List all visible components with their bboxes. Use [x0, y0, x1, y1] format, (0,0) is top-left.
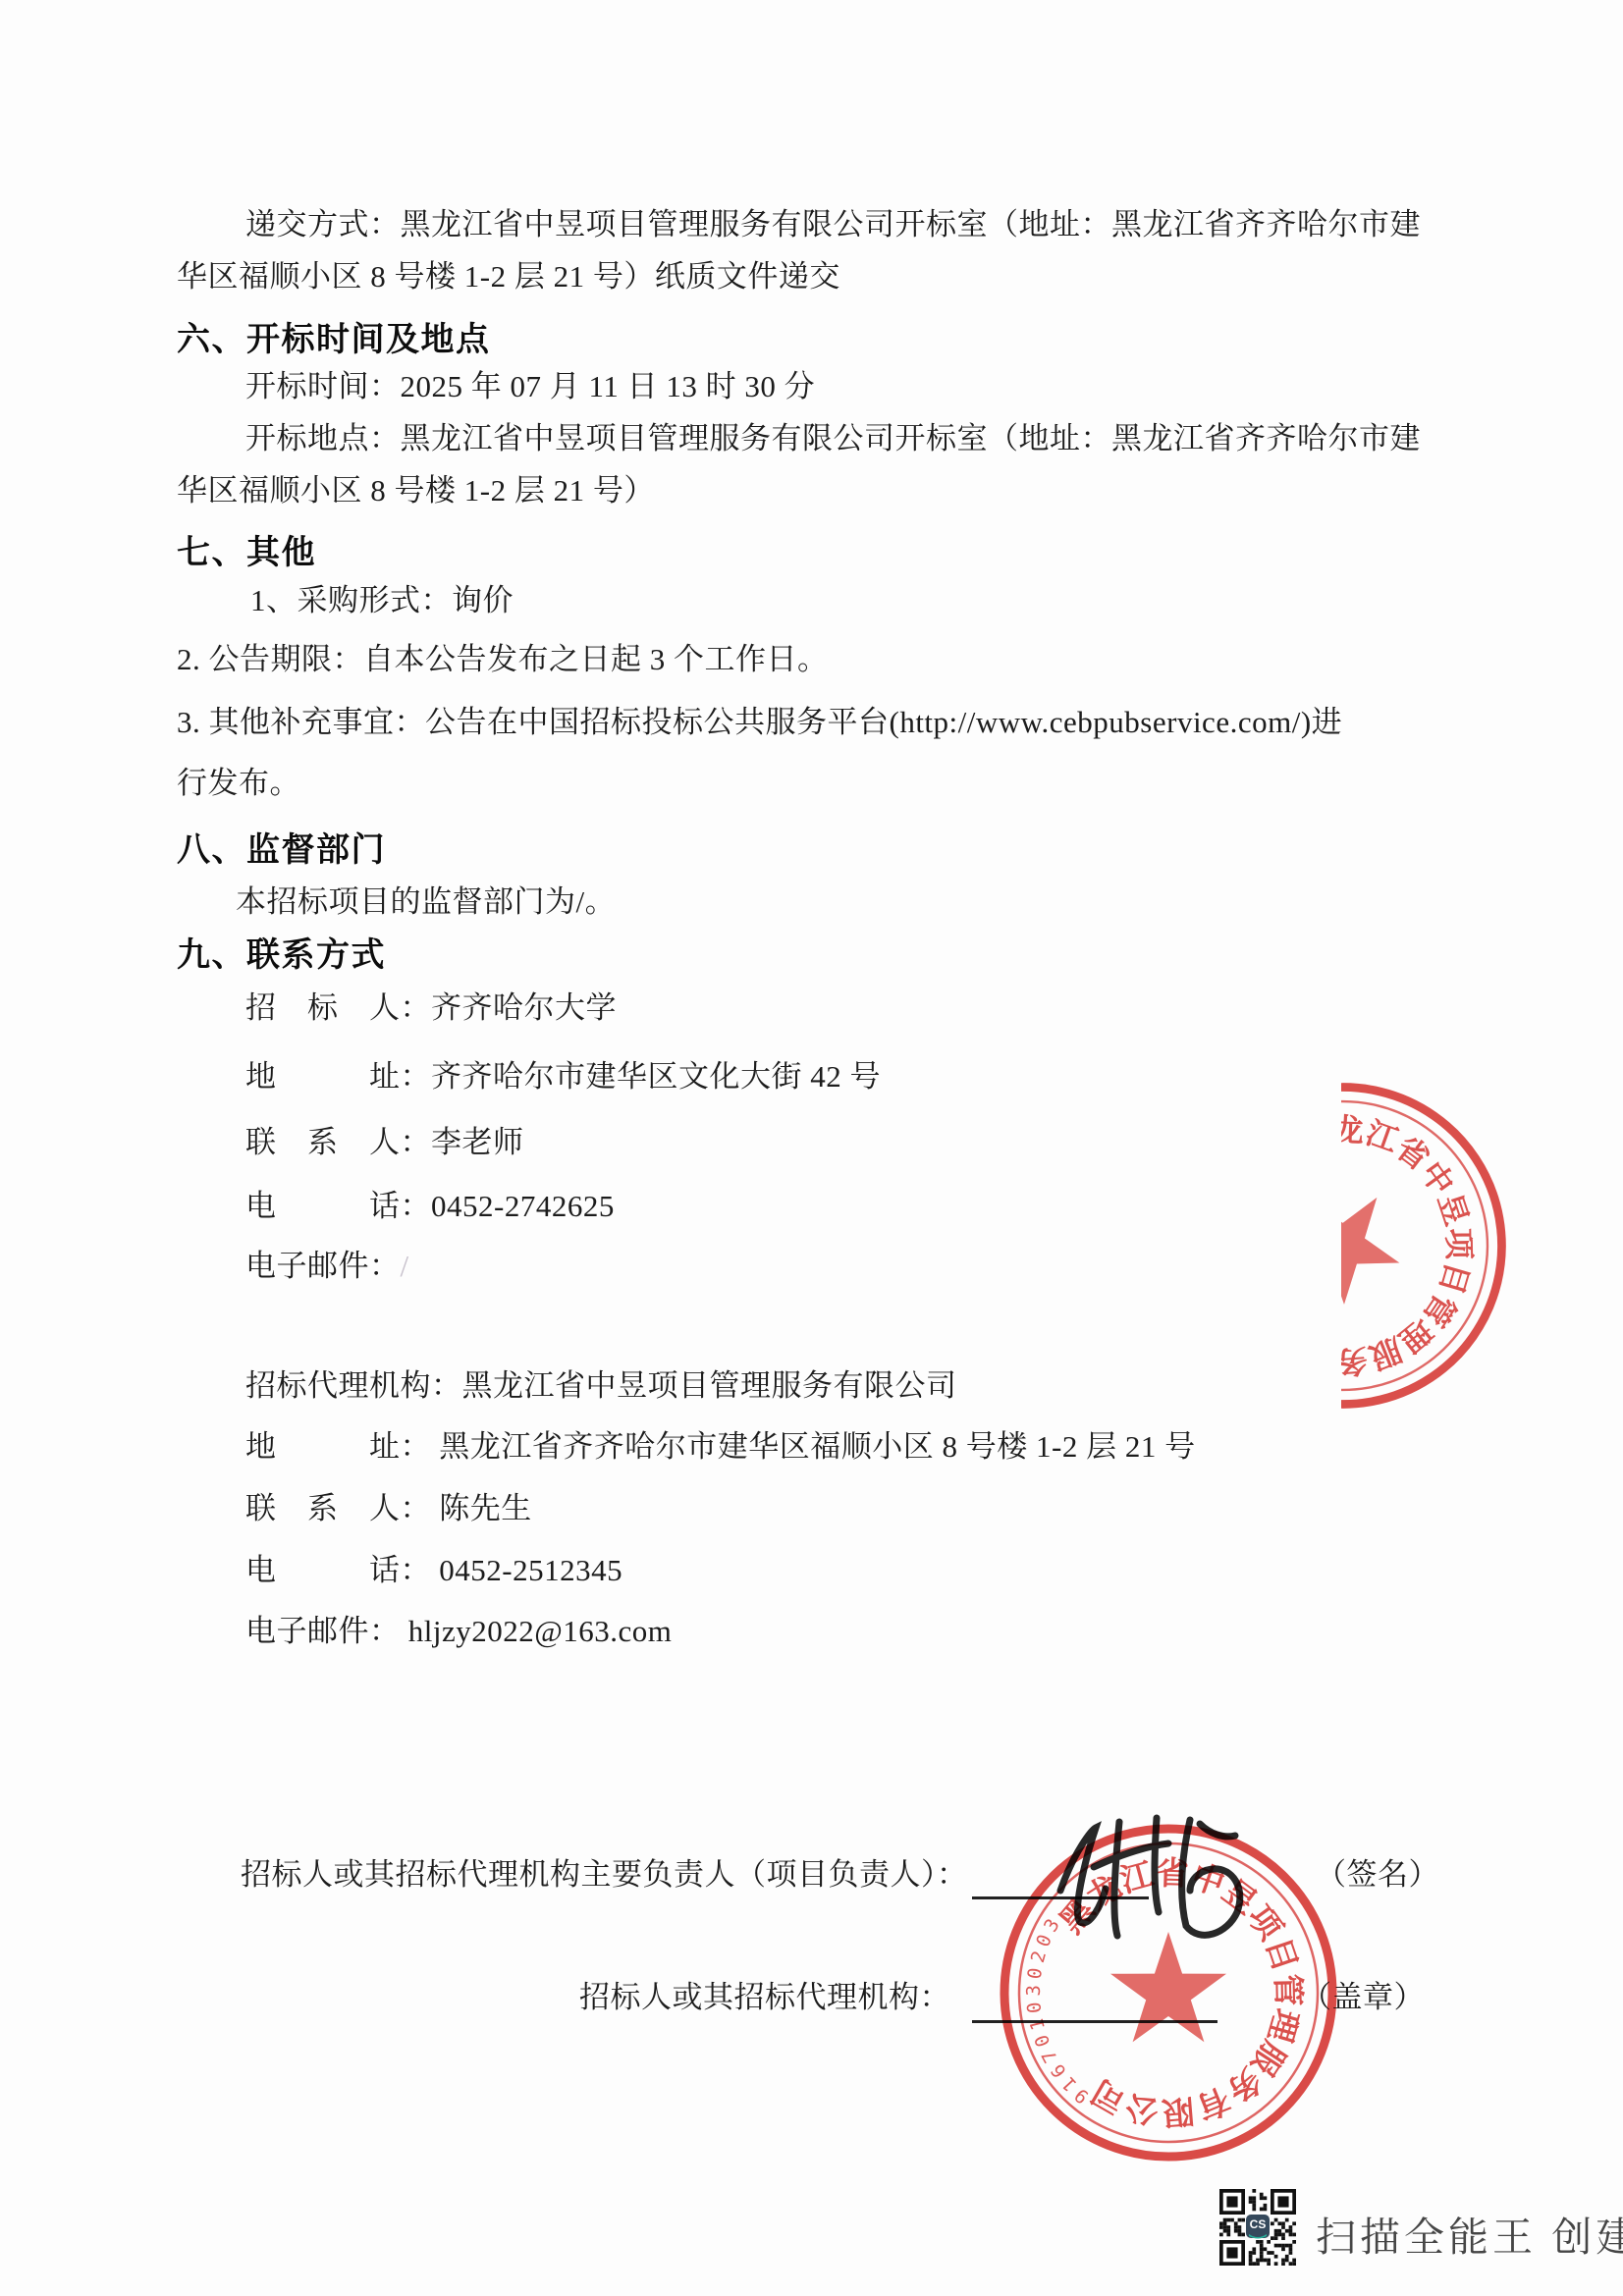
- bid-opening-time-line: 开标时间：2025 年 07 月 11 日 13 时 30 分: [245, 365, 815, 408]
- agency-email-line: 电子邮件： hljzy2022@163.com: [245, 1610, 672, 1653]
- tenderer-email-label: 电子邮件：: [245, 1249, 401, 1283]
- svg-text:项: 项: [1441, 1228, 1478, 1261]
- tenderer-contact-line: 联 系 人：李老师: [245, 1121, 524, 1164]
- procurement-form-line: 1、采购形式：询价: [250, 579, 514, 622]
- svg-text:0: 0: [1031, 2032, 1055, 2051]
- section-7-heading: 七、其他: [177, 525, 316, 573]
- bid-opening-place-line-2: 华区福顺小区 8 号楼 1-2 层 21 号）: [177, 469, 655, 512]
- responsible-person-signature-label: 招标人或其招标代理机构主要负责人（项目负责人）：: [241, 1853, 968, 1896]
- scanned-tender-notice-page: 递交方式：黑龙江省中昱项目管理服务有限公司开标室（地址：黑龙江省齐齐哈尔市建 华…: [0, 0, 1623, 2296]
- section-8-heading: 八、监督部门: [177, 823, 386, 871]
- bid-opening-place-line-1: 开标地点：黑龙江省中昱项目管理服务有限公司开标室（地址：黑龙江省齐齐哈尔市建: [245, 417, 1421, 460]
- notice-period-line: 2. 公告期限：自本公告发布之日起 3 个工作日。: [177, 638, 829, 681]
- svg-text:CS: CS: [1250, 2217, 1267, 2231]
- svg-text:0: 0: [1024, 1966, 1047, 1980]
- section-6-heading: 六、开标时间及地点: [177, 312, 491, 360]
- agency-name-line: 招标代理机构：黑龙江省中昱项目管理服务有限公司: [245, 1364, 957, 1408]
- agency-contact-line: 联 系 人： 陈先生: [245, 1487, 532, 1530]
- tenderer-address-line: 地 址：齐齐哈尔市建华区文化大街 42 号: [245, 1055, 881, 1098]
- supplement-line-1: 3. 其他补充事宜：公告在中国招标投标公共服务平台(http://www.ceb…: [177, 701, 1342, 744]
- tenderer-name-line: 招 标 人：齐齐哈尔大学: [245, 987, 617, 1030]
- tenderer-email-value: /: [401, 1249, 409, 1283]
- submission-method-line-2: 华区福顺小区 8 号楼 1-2 层 21 号）纸质文件递交: [177, 255, 840, 298]
- tenderer-email-line: 电子邮件：/: [245, 1245, 409, 1288]
- company-seal-graphic: 黑龙江省中昱项目管理服务有限公司302030107619: [1341, 1075, 1514, 1415]
- camscanner-qr-code: CS: [1219, 2189, 1296, 2266]
- svg-text:务: 务: [1341, 1342, 1369, 1379]
- svg-text:3: 3: [1023, 1985, 1045, 1997]
- agency-seal-label: 招标人或其招标代理机构：: [579, 1976, 950, 2019]
- supplement-line-2: 行发布。: [177, 762, 300, 805]
- agency-address-line: 地 址： 黑龙江省齐齐哈尔市建华区福顺小区 8 号楼 1-2 层 21 号: [245, 1425, 1196, 1468]
- supervision-dept-line: 本招标项目的监督部门为/。: [236, 881, 616, 924]
- svg-text:0: 0: [1023, 2001, 1046, 2014]
- tenderer-phone-line: 电 话：0452-2742625: [245, 1185, 615, 1228]
- scanner-note: 扫描全能王 创建: [1316, 2205, 1623, 2263]
- svg-text:限: 限: [1161, 2093, 1196, 2132]
- svg-text:管: 管: [1270, 1973, 1307, 2006]
- handwritten-signature: [1041, 1794, 1267, 1961]
- company-seal-half-stamp: 黑龙江省中昱项目管理服务有限公司302030107619: [1341, 1073, 1514, 1415]
- section-9-heading: 九、联系方式: [177, 928, 386, 976]
- agency-phone-line: 电 话： 0452-2512345: [245, 1549, 622, 1592]
- svg-text:龙: 龙: [1341, 1112, 1365, 1148]
- submission-method-line-1: 递交方式：黑龙江省中昱项目管理服务有限公司开标室（地址：黑龙江省齐齐哈尔市建: [245, 203, 1421, 246]
- svg-text:7: 7: [1038, 2046, 1062, 2065]
- svg-text:1: 1: [1026, 2016, 1050, 2032]
